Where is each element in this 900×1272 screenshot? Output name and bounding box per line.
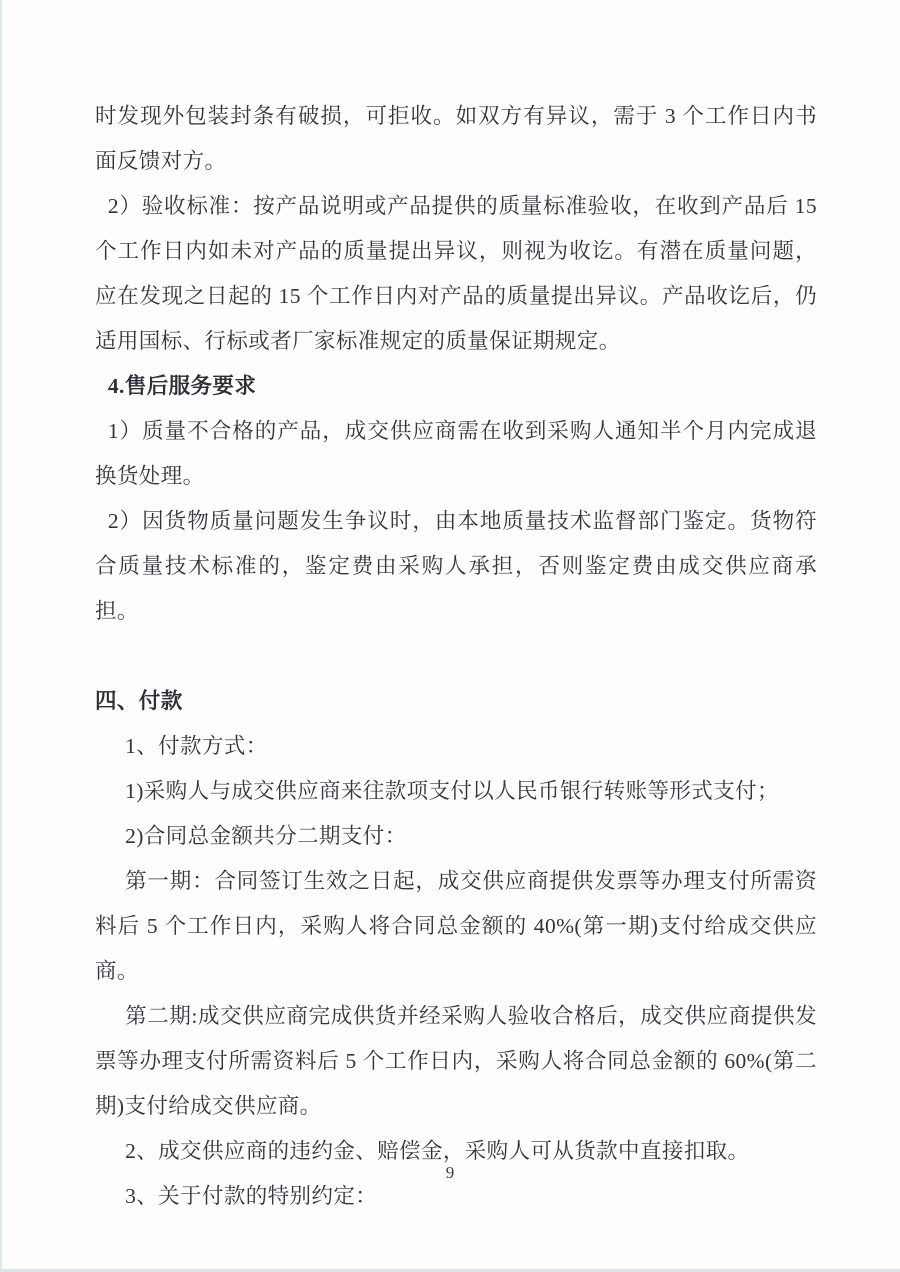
para-quality-dispute: 2）因货物质量问题发生争议时，由本地质量技术监督部门鉴定。货物符合质量技术标准的… — [95, 499, 817, 634]
para-packaging-continued: 时发现外包装封条有破损，可拒收。如双方有异议，需于 3 个工作日内书面反馈对方。 — [95, 94, 817, 184]
page-number: 9 — [0, 1162, 900, 1184]
para-payment-bank-transfer: 1)采购人与成交供应商来往款项支付以人民币银行转账等形式支付； — [95, 769, 817, 814]
document-page: { "page": { "number": "9" }, "content": … — [0, 0, 900, 1272]
para-second-installment: 第二期:成交供应商完成供货并经采购人验收合格后，成交供应商提供发票等办理支付所需… — [95, 994, 817, 1129]
heading-after-sales-service: 4.售后服务要求 — [95, 364, 817, 409]
scan-edge-left — [0, 0, 2, 1272]
para-return-exchange: 1）质量不合格的产品，成交供应商需在收到采购人通知半个月内完成退换货处理。 — [95, 409, 817, 499]
para-first-installment: 第一期：合同签订生效之日起，成交供应商提供发票等办理支付所需资料后 5 个工作日… — [95, 859, 817, 994]
para-payment-two-installments: 2)合同总金额共分二期支付： — [95, 814, 817, 859]
para-acceptance-standard: 2）验收标准：按产品说明或产品提供的质量标准验收，在收到产品后 15 个工作日内… — [95, 184, 817, 364]
para-payment-method: 1、付款方式： — [95, 724, 817, 769]
document-body: 时发现外包装封条有破损，可拒收。如双方有异议，需于 3 个工作日内书面反馈对方。… — [95, 94, 817, 1219]
heading-payment-section: 四、付款 — [95, 679, 817, 724]
